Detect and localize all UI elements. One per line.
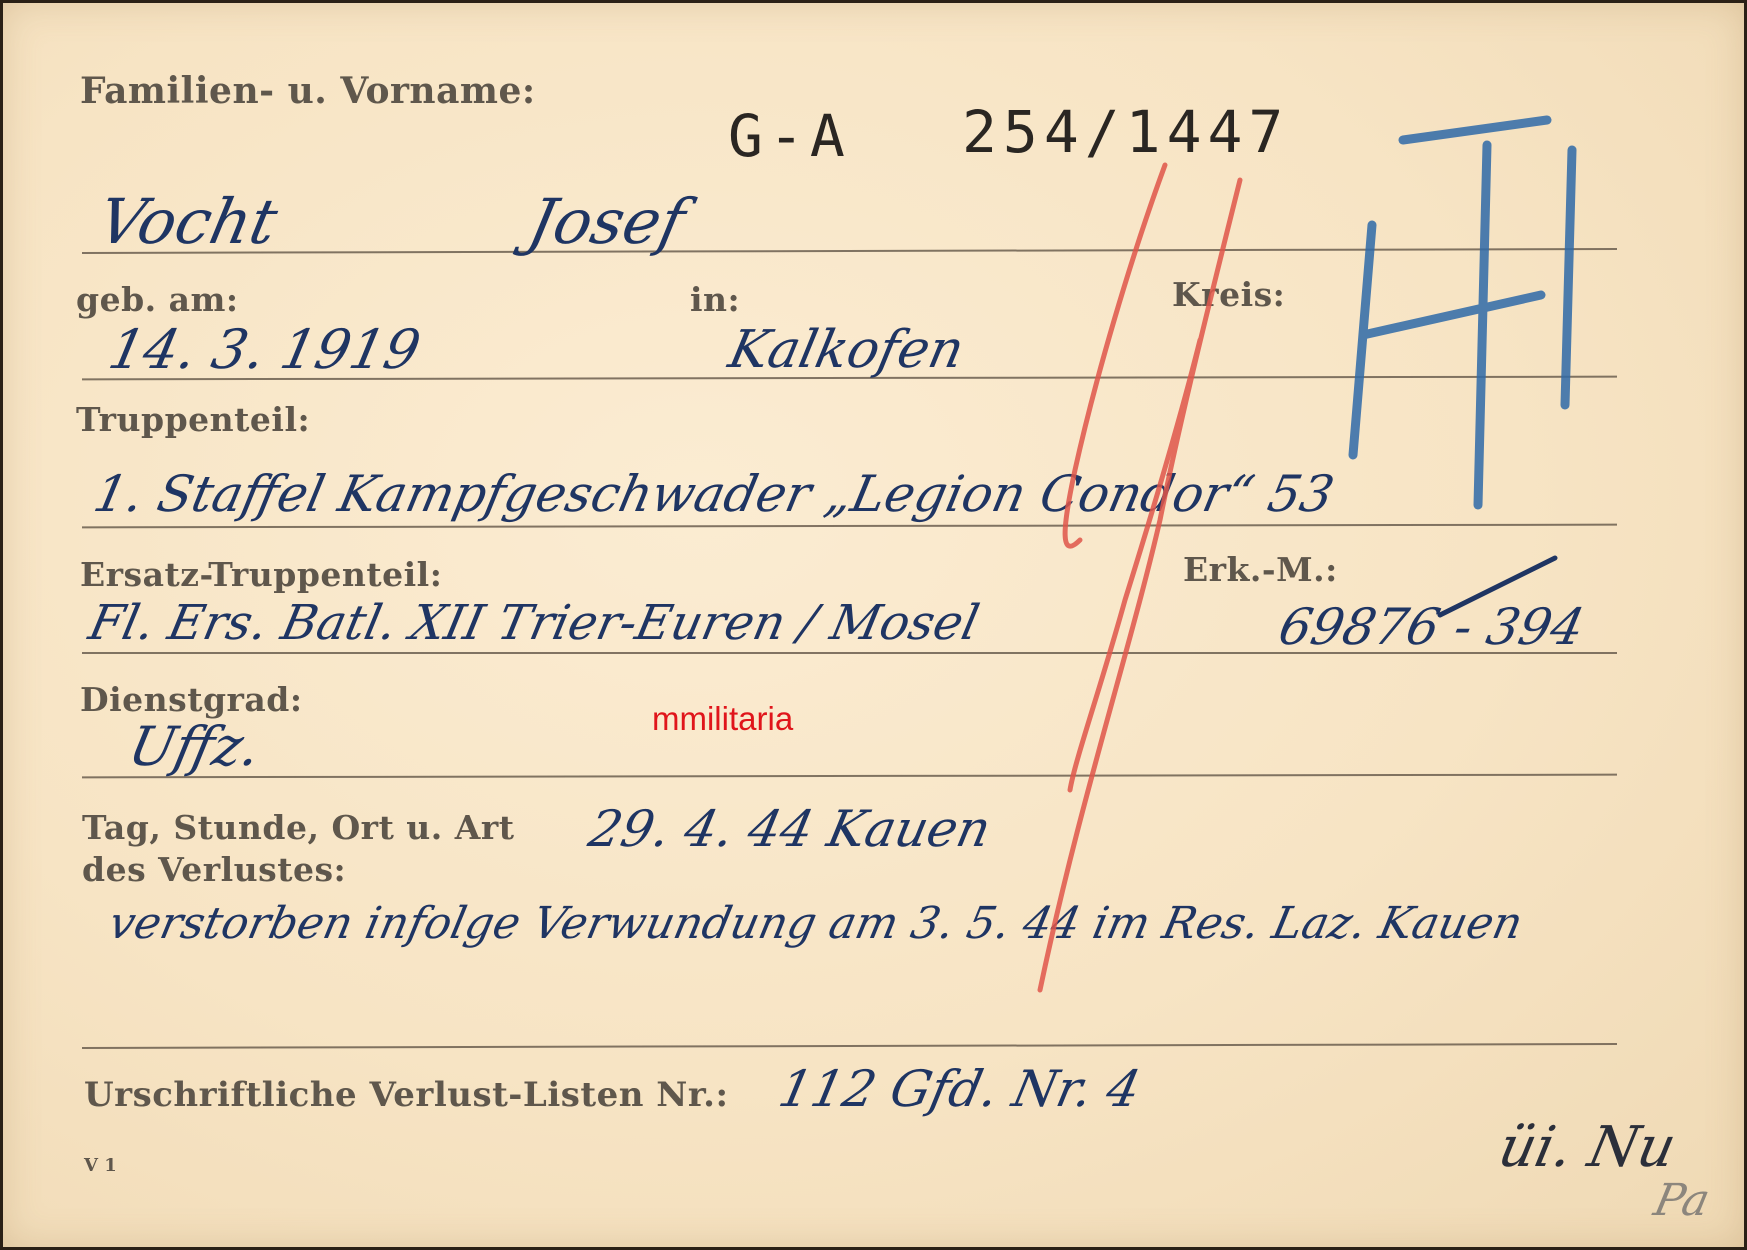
pencil-marks [0, 0, 1747, 1250]
red-pencil-mark-icon [1040, 165, 1240, 990]
record-card: Familien- u. Vorname: geb. am: in: Kreis… [0, 0, 1747, 1250]
blue-pencil-mark-icon [1353, 120, 1572, 505]
blue-stroke-icon [1440, 558, 1555, 615]
